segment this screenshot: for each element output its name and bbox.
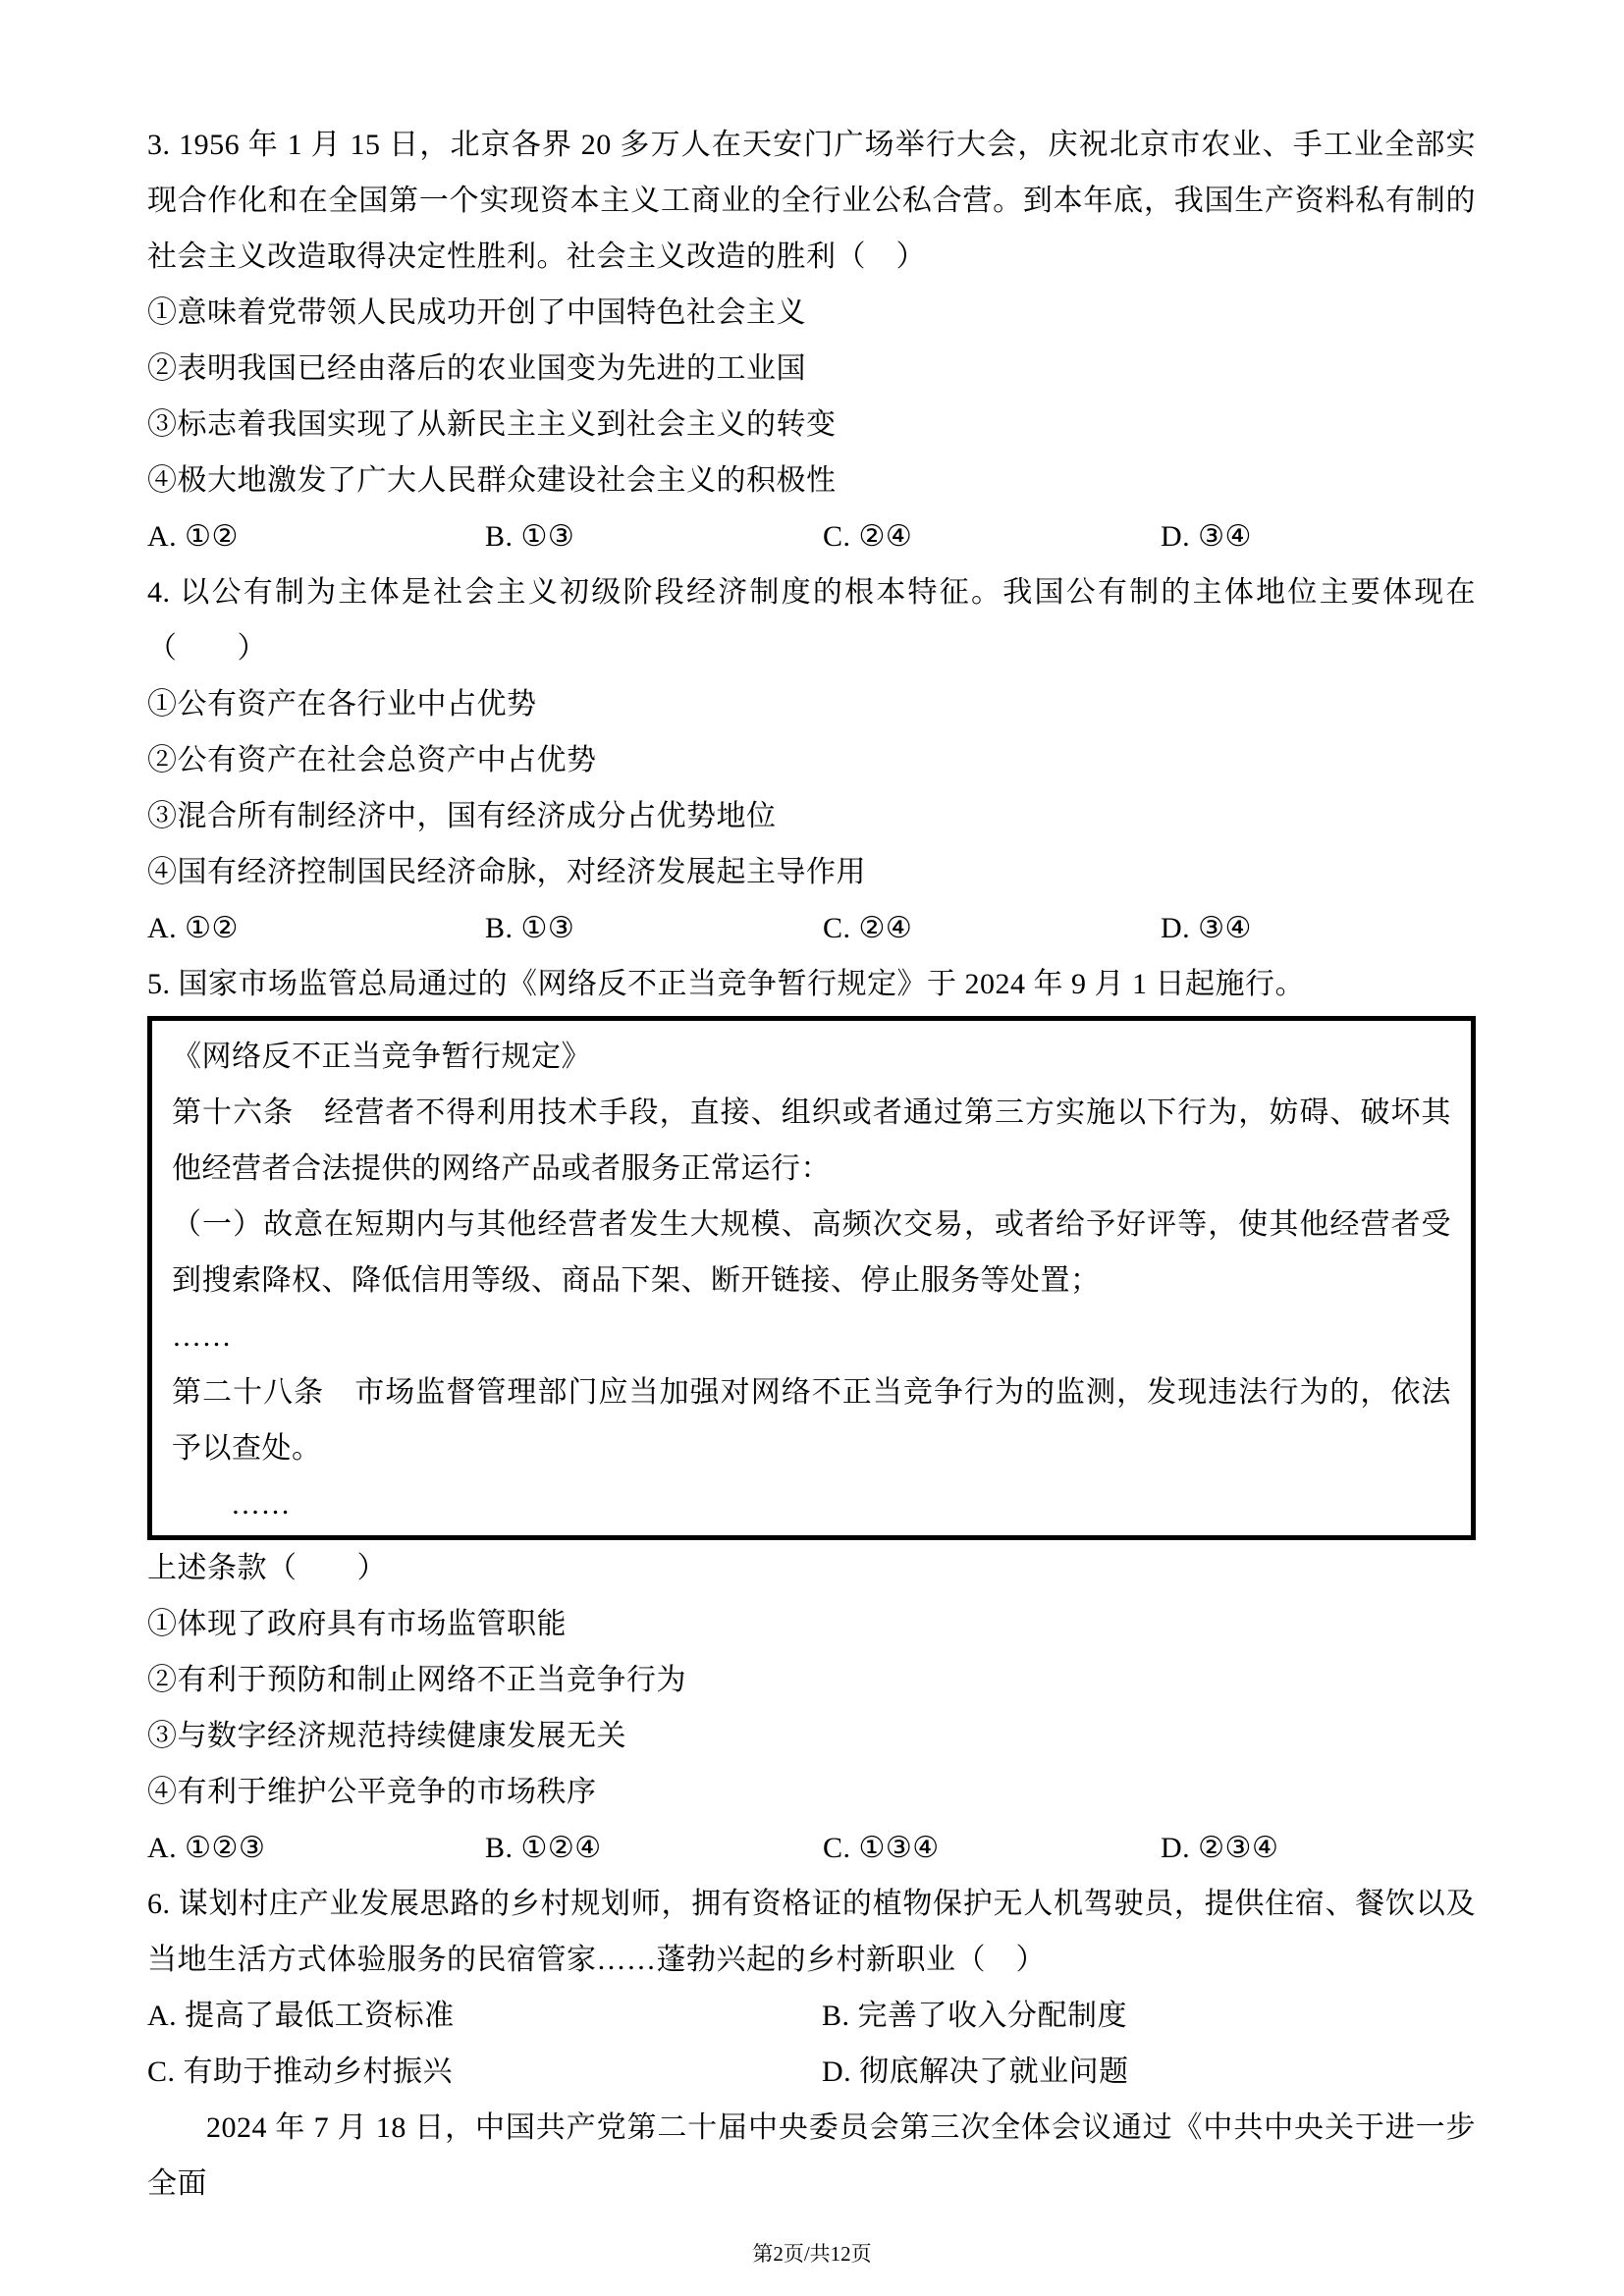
question-6-choice-a: A. 提高了最低工资标准 xyxy=(147,1988,822,2044)
regulation-ellipsis-1: …… xyxy=(172,1308,1451,1364)
question-6-choice-grid: A. 提高了最低工资标准 B. 完善了收入分配制度 C. 有助于推动乡村振兴 D… xyxy=(147,1988,1476,2100)
question-4-choice-b: B. ①③ xyxy=(485,900,823,956)
question-6-choice-c: C. 有助于推动乡村振兴 xyxy=(147,2044,822,2100)
question-4-option-2: ②公有资产在社会总资产中占优势 xyxy=(147,732,1476,788)
question-6-choice-b: B. 完善了收入分配制度 xyxy=(822,1988,1476,2044)
regulation-article-16: 第十六条 经营者不得利用技术手段，直接、组织或者通过第三方实施以下行为，妨碍、破… xyxy=(172,1085,1451,1197)
question-5-choice-c: C. ①③④ xyxy=(823,1820,1161,1876)
question-4-choice-d: D. ③④ xyxy=(1161,900,1476,956)
question-5-choice-b: B. ①②④ xyxy=(485,1820,823,1876)
page-footer: 第2页/共12页 xyxy=(0,2240,1624,2268)
question-3: 3. 1956 年 1 月 15 日，北京各界 20 多万人在天安门广场举行大会… xyxy=(147,117,1476,564)
question-3-option-3: ③标志着我国实现了从新民主主义到社会主义的转变 xyxy=(147,397,1476,453)
question-5: 5. 国家市场监管总局通过的《网络反不正当竞争暂行规定》于 2024 年 9 月… xyxy=(147,956,1476,1876)
regulation-article-16-item-1: （一）故意在短期内与其他经营者发生大规模、高频次交易，或者给予好评等，使其他经营… xyxy=(172,1197,1451,1308)
question-5-option-3: ③与数字经济规范持续健康发展无关 xyxy=(147,1708,1476,1764)
regulation-excerpt-box: 《网络反不正当竞争暂行规定》 第十六条 经营者不得利用技术手段，直接、组织或者通… xyxy=(147,1016,1476,1540)
exam-page: 3. 1956 年 1 月 15 日，北京各界 20 多万人在天安门广场举行大会… xyxy=(0,0,1624,2296)
question-5-choice-d: D. ②③④ xyxy=(1161,1820,1476,1876)
question-4-option-1: ①公有资产在各行业中占优势 xyxy=(147,676,1476,732)
question-7-intro: 2024 年 7 月 18 日，中国共产党第二十届中央委员会第三次全体会议通过《… xyxy=(147,2100,1476,2212)
question-5-intro: 5. 国家市场监管总局通过的《网络反不正当竞争暂行规定》于 2024 年 9 月… xyxy=(147,956,1476,1012)
question-4-stem: 4. 以公有制为主体是社会主义初级阶段经济制度的根本特征。我国公有制的主体地位主… xyxy=(147,564,1476,676)
question-3-choice-b: B. ①③ xyxy=(485,508,823,564)
question-5-option-4: ④有利于维护公平竞争的市场秩序 xyxy=(147,1764,1476,1820)
question-4-choice-row: A. ①② B. ①③ C. ②④ D. ③④ xyxy=(147,900,1476,956)
question-3-stem: 3. 1956 年 1 月 15 日，北京各界 20 多万人在天安门广场举行大会… xyxy=(147,117,1476,285)
page-number: 第2页/共12页 xyxy=(752,2242,871,2266)
question-3-choice-row: A. ①② B. ①③ C. ②④ D. ③④ xyxy=(147,508,1476,564)
question-4: 4. 以公有制为主体是社会主义初级阶段经济制度的根本特征。我国公有制的主体地位主… xyxy=(147,564,1476,956)
regulation-title: 《网络反不正当竞争暂行规定》 xyxy=(172,1029,1451,1085)
question-6-choice-d: D. 彻底解决了就业问题 xyxy=(822,2044,1476,2100)
regulation-ellipsis-2: …… xyxy=(172,1476,1451,1532)
question-3-choice-a: A. ①② xyxy=(147,508,485,564)
question-5-choice-a: A. ①②③ xyxy=(147,1820,485,1876)
question-5-choice-row: A. ①②③ B. ①②④ C. ①③④ D. ②③④ xyxy=(147,1820,1476,1876)
question-5-option-1: ①体现了政府具有市场监管职能 xyxy=(147,1596,1476,1652)
question-3-option-2: ②表明我国已经由落后的农业国变为先进的工业国 xyxy=(147,341,1476,397)
question-5-lead: 上述条款（ ） xyxy=(147,1540,1476,1596)
question-4-option-3: ③混合所有制经济中，国有经济成分占优势地位 xyxy=(147,788,1476,844)
question-6: 6. 谋划村庄产业发展思路的乡村规划师，拥有资格证的植物保护无人机驾驶员，提供住… xyxy=(147,1876,1476,2100)
question-4-choice-a: A. ①② xyxy=(147,900,485,956)
question-3-choice-d: D. ③④ xyxy=(1161,508,1476,564)
question-3-choice-c: C. ②④ xyxy=(823,508,1161,564)
regulation-article-28: 第二十八条 市场监督管理部门应当加强对网络不正当竞争行为的监测，发现违法行为的，… xyxy=(172,1364,1451,1476)
question-3-option-1: ①意味着党带领人民成功开创了中国特色社会主义 xyxy=(147,285,1476,341)
question-5-option-2: ②有利于预防和制止网络不正当竞争行为 xyxy=(147,1652,1476,1708)
question-6-stem: 6. 谋划村庄产业发展思路的乡村规划师，拥有资格证的植物保护无人机驾驶员，提供住… xyxy=(147,1876,1476,1988)
question-4-option-4: ④国有经济控制国民经济命脉，对经济发展起主导作用 xyxy=(147,844,1476,900)
page-content: 3. 1956 年 1 月 15 日，北京各界 20 多万人在天安门广场举行大会… xyxy=(147,117,1476,2212)
question-3-option-4: ④极大地激发了广大人民群众建设社会主义的积极性 xyxy=(147,453,1476,508)
question-4-choice-c: C. ②④ xyxy=(823,900,1161,956)
